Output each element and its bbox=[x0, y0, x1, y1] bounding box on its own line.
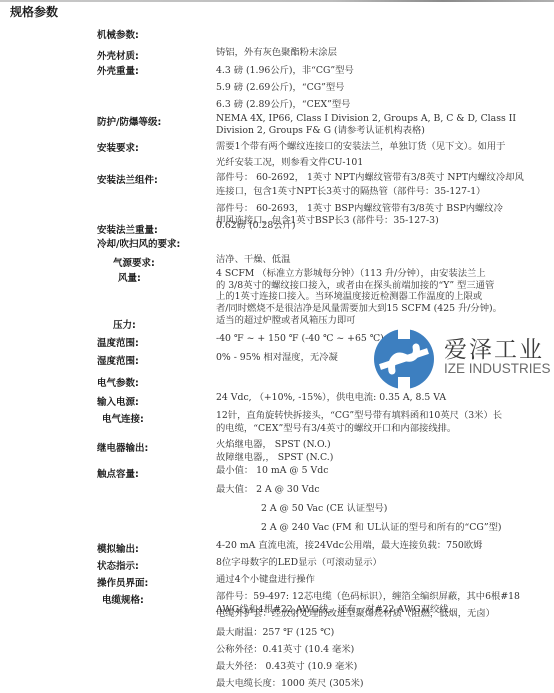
label-input-power: 输入电源: bbox=[97, 394, 139, 408]
value-housing-weight: 4.3 磅 (1.96公斤)，非“CG”型号 5.9 磅 (2.69公斤)，“C… bbox=[216, 62, 546, 113]
value-relay-output: 火焰继电器， SPST (N.O.) 故障继电器,， SPST (N.C.) bbox=[216, 438, 546, 464]
value-flange-kit-npt: 部件号： 60-2692， 1英寸 NPT内螺纹管带有3/8英寸 NPT内螺纹冷… bbox=[216, 171, 546, 199]
value-status: 8位字母数字的LED显示（可滚动显示） bbox=[216, 557, 546, 570]
value-contact-max-50vac: 2 A @ 50 Vac (CE 认证型号) bbox=[261, 503, 554, 516]
label-mounting: 安装要求: bbox=[97, 140, 139, 154]
label-analog-output: 模拟输出: bbox=[97, 541, 139, 555]
value-protection: NEMA 4X, IP66, Class I Division 2, Group… bbox=[216, 113, 546, 137]
top-border bbox=[0, 0, 554, 2]
label-flange-weight: 安装法兰重量: bbox=[97, 222, 158, 236]
label-status: 状态指示: bbox=[97, 558, 139, 572]
value-air-flow: 4 SCFM （标准立方影城每分钟）（113 升/分钟），由安装法兰上 的 3/… bbox=[216, 268, 546, 314]
watermark-name-en: IZE INDUSTRIES bbox=[444, 361, 551, 376]
section-electrical: 电气参数: bbox=[97, 375, 139, 389]
value-contact-max: 最大值： 2 A @ 30 Vdc bbox=[216, 484, 546, 497]
label-housing-material: 外壳材质: bbox=[97, 48, 139, 62]
label-operator-interface: 操作员界面: bbox=[97, 575, 148, 589]
value-cable-jacket: 电缆外护套：经放射处理的改进型聚烯烃材质（阻燃，低烟，无卤） bbox=[216, 608, 546, 621]
label-air-source: 气源要求: bbox=[113, 255, 155, 269]
label-electrical-connection: 电气连接: bbox=[102, 411, 144, 425]
label-flange-kit: 安装法兰组件: bbox=[97, 172, 158, 186]
value-cable-max-length: 最大电缆长度：1000 英尺 (305米) bbox=[216, 678, 546, 691]
value-contact-min: 最小值： 10 mA @ 5 Vdc bbox=[216, 465, 546, 478]
value-cable-max-od: 最大外径： 0.43英寸 (10.9 毫米) bbox=[216, 661, 546, 674]
label-air-flow: 风量: bbox=[118, 270, 141, 284]
value-mounting: 需要1个带有两个螺纹连接口的安装法兰，单独订货（见下文）。如用于 光纤安装工况，… bbox=[216, 139, 546, 171]
value-contact-max-240vac: 2 A @ 240 Vac (FM 和 UL认证的型号和所有的“CG”型) bbox=[261, 522, 554, 535]
label-cable: 电缆规格: bbox=[102, 592, 144, 606]
watermark-name-cn: 爱泽工业 bbox=[444, 331, 544, 364]
value-pressure: 适当的超过炉膛或者风箱压力即可 bbox=[216, 315, 546, 328]
value-cable-nominal-od: 公称外径：0.41英寸 (10.4 毫米) bbox=[216, 644, 546, 657]
label-relay-output: 继电器输出: bbox=[97, 440, 148, 454]
value-electrical-connection: 12针，直角旋转快拆接头，“CG”型号带有填料函和10英尺（3米）长 的电缆，“… bbox=[216, 409, 546, 435]
value-air-source: 洁净、干燥、低温 bbox=[216, 254, 546, 267]
label-contact-rating: 触点容量: bbox=[97, 466, 139, 480]
label-protection: 防护/防爆等级: bbox=[97, 114, 161, 128]
label-humidity: 湿度范围: bbox=[97, 353, 139, 367]
section-mechanical: 机械参数: bbox=[97, 27, 139, 41]
label-cooling: 冷却/吹扫风的要求: bbox=[97, 236, 180, 250]
value-cable-max-temp: 最大耐温：257 ℉ (125 ℃) bbox=[216, 627, 546, 640]
label-pressure: 压力: bbox=[113, 317, 136, 331]
value-input-power: 24 Vdc, （+10%, -15%），供电电流: 0.35 A, 8.5 V… bbox=[216, 392, 546, 405]
ize-logo-icon bbox=[372, 327, 436, 391]
value-flange-weight: 0.62磅 (0.28公斤) bbox=[216, 220, 546, 233]
page-title: 规格参数 bbox=[10, 3, 58, 20]
value-operator-interface: 通过4个小键盘进行操作 bbox=[216, 574, 546, 587]
value-analog-output: 4-20 mA 直流电流，接24Vdc公用端，最大连接负载：750欧姆 bbox=[216, 540, 546, 553]
label-housing-weight: 外壳重量: bbox=[97, 63, 139, 77]
label-temperature: 温度范围: bbox=[97, 335, 139, 349]
value-housing-material: 铸铝，外有灰色聚酯粉末涂层 bbox=[216, 47, 546, 60]
watermark-logo: 爱泽工业 IZE INDUSTRIES bbox=[372, 327, 552, 393]
